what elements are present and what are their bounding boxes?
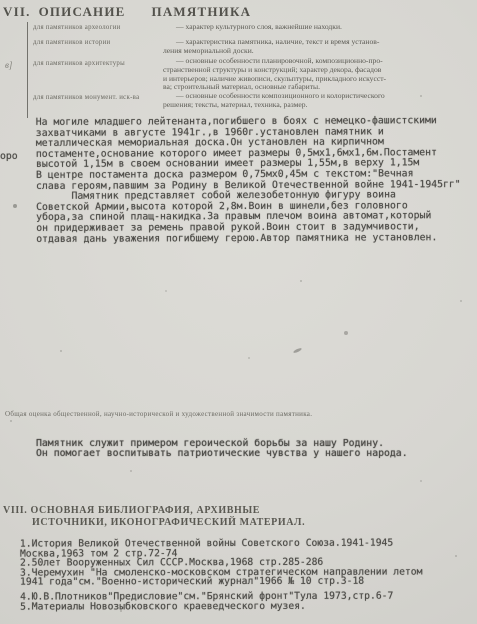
- section-vii-number: VII.: [3, 4, 31, 19]
- pencil-mark: в]: [5, 60, 12, 70]
- form-row-description-monumental-art: — основные особенности композиционного и…: [163, 92, 465, 110]
- typed-assessment: Памятник служит примером героической бор…: [36, 439, 408, 459]
- form-row-description-archeology: — характер культурного слоя, важнейшие н…: [163, 23, 465, 32]
- scan-smudge: [293, 347, 302, 354]
- form-divider-rule: [27, 22, 28, 118]
- form-row-description-history: — характеристика памятника, наличие, тек…: [163, 38, 465, 56]
- margin-artifact: оро: [0, 151, 18, 162]
- section-viii-heading-line1: VIII. ОСНОВНАЯ БИБЛИОГРАФИЯ, АРХИВНЫЕ: [3, 505, 305, 517]
- form-row-description-architecture: — основные особенности планировочной, ко…: [163, 57, 465, 92]
- reference-item-3: 3.Черемухин "На смоленско-московском стр…: [20, 567, 470, 587]
- bibliography-list: 1.История Великой Отечественной войны Со…: [20, 538, 470, 611]
- section-vii-title-word2: ПАМЯТНИКА: [152, 4, 252, 19]
- reference-item-1: 1.История Великой Отечественной войны Со…: [20, 538, 470, 558]
- form-row-label-architecture: для памятников архитектуры: [33, 60, 125, 67]
- section-viii-heading-line2: ИСТОЧНИКИ, ИКОНОГРАФИЧЕСКИЙ МАТЕРИАЛ.: [32, 517, 305, 529]
- document-page: VII.ОПИСАНИЕПАМЯТНИКА в] для памятников …: [0, 0, 477, 624]
- form-row-label-monumental-art: для памятников монумент. иск-ва: [33, 94, 139, 101]
- form-row-label-history: для памятников истории: [33, 39, 110, 46]
- reference-item-5: 5.Материалы Новозыбковского краеведческо…: [20, 601, 470, 612]
- typed-monument-description: На могиле младшего лейтенанта,погибшего …: [36, 116, 461, 245]
- section-viii-heading: VIII. ОСНОВНАЯ БИБЛИОГРАФИЯ, АРХИВНЫЕ ИС…: [3, 505, 305, 528]
- form-row-label-archeology: для памятников археологии: [33, 24, 121, 31]
- section-vii-heading: VII.ОПИСАНИЕПАМЯТНИКА: [3, 4, 251, 20]
- assessment-caption: Общая оценка общественной, научно-истори…: [5, 410, 312, 418]
- section-vii-title-word1: ОПИСАНИЕ: [39, 4, 126, 19]
